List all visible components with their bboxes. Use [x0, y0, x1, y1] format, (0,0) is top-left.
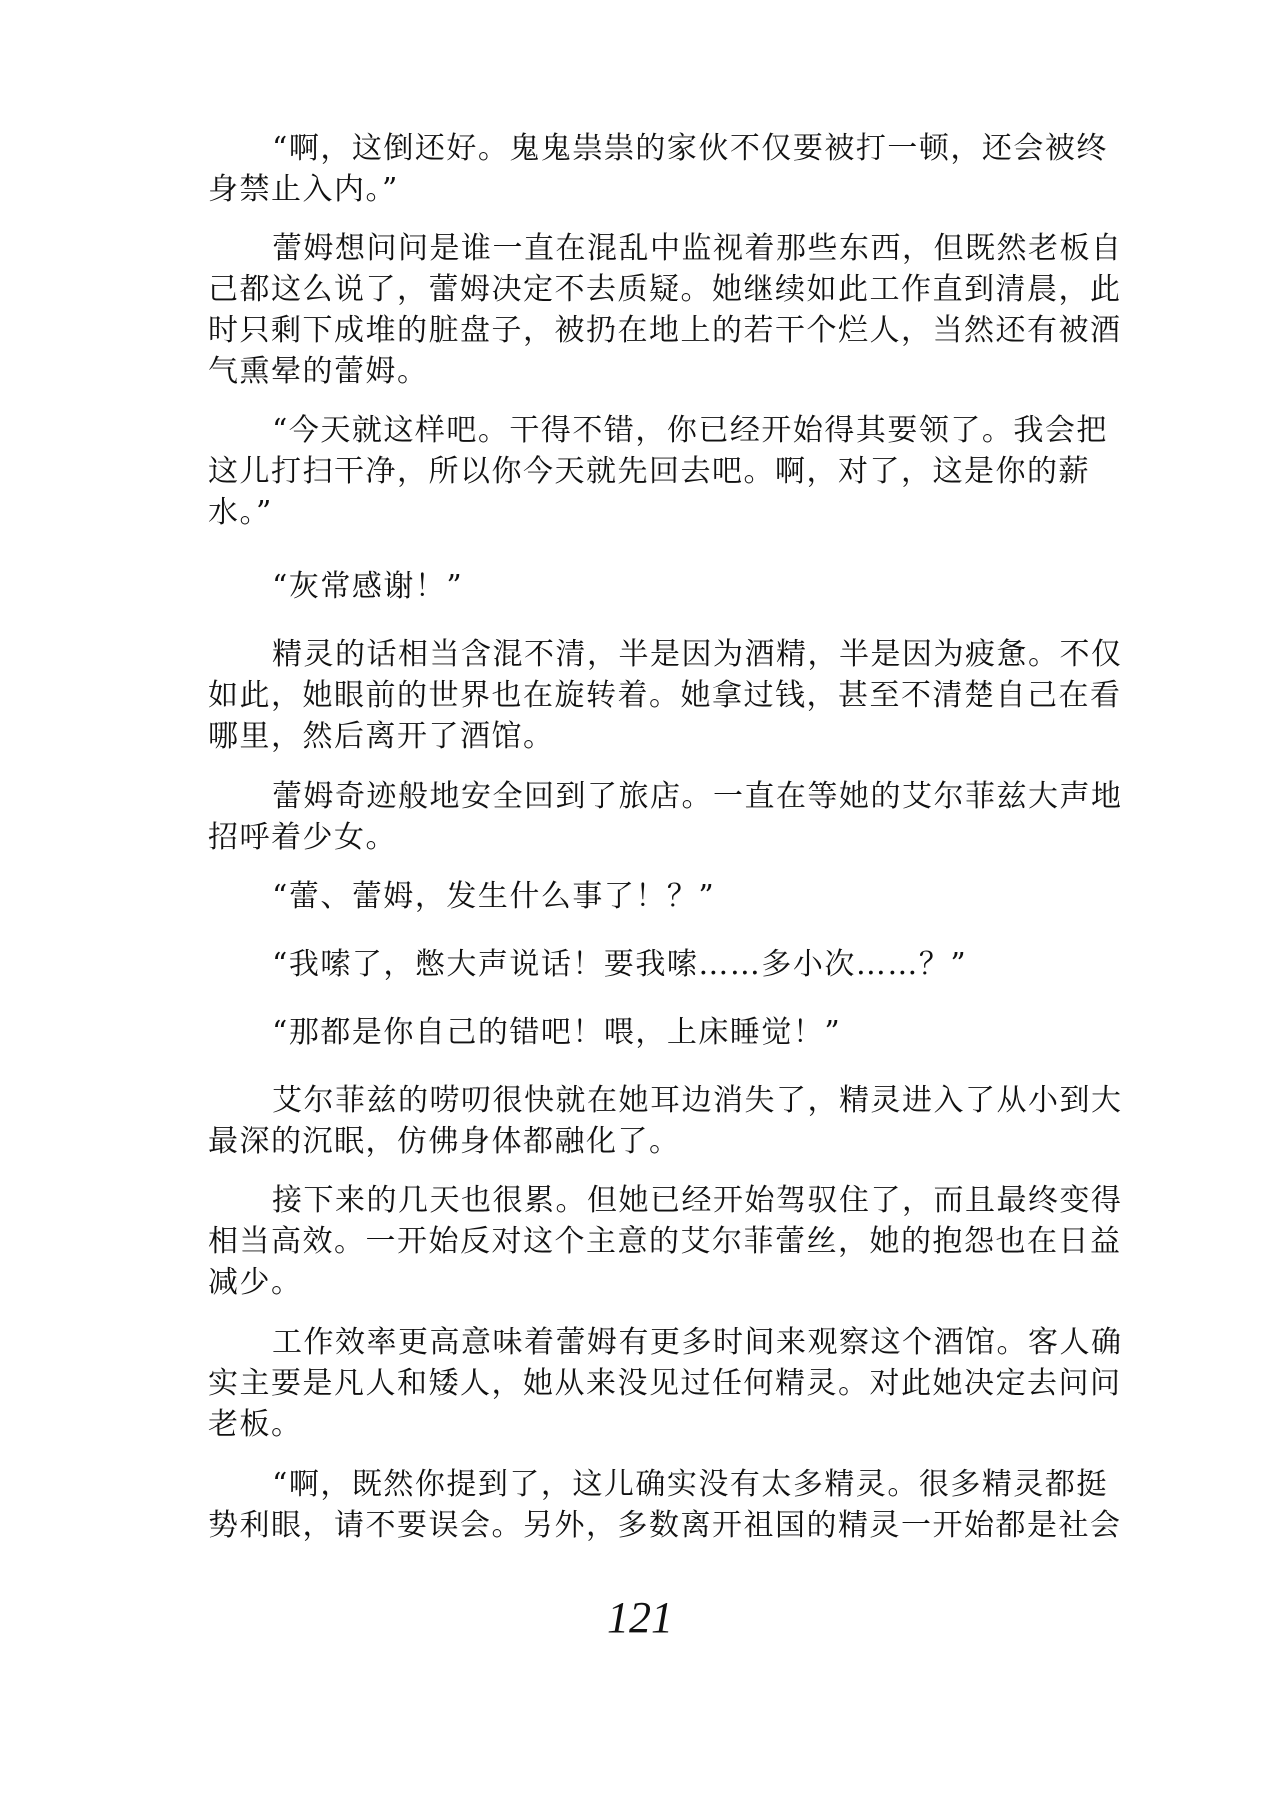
- text-line: “啊，这倒还好。鬼鬼祟祟的家伙不仅要被打一顿，还会被终: [208, 128, 1108, 169]
- paragraph: “我嗦了，憋大声说话！要我嗦……多小次……？”: [208, 944, 967, 985]
- text-line: “灰常感谢！”: [208, 566, 463, 607]
- text-line: 艾尔菲兹的唠叨很快就在她耳边消失了，精灵进入了从小到大: [208, 1080, 1123, 1121]
- text-line: “我嗦了，憋大声说话！要我嗦……多小次……？”: [208, 944, 967, 985]
- text-line: 如此，她眼前的世界也在旋转着。她拿过钱，甚至不清楚自己在看: [208, 675, 1123, 716]
- paragraph: 蕾姆奇迹般地安全回到了旅店。一直在等她的艾尔菲兹大声地 招呼着少女。: [208, 776, 1123, 858]
- text-line: “那都是你自己的错吧！喂，上床睡觉！”: [208, 1012, 841, 1053]
- text-line: 相当高效。一开始反对这个主意的艾尔菲蕾丝，她的抱怨也在日益: [208, 1221, 1123, 1262]
- text-line: 时只剩下成堆的脏盘子，被扔在地上的若干个烂人，当然还有被酒: [208, 310, 1123, 351]
- text-line: 蕾姆奇迹般地安全回到了旅店。一直在等她的艾尔菲兹大声地: [208, 776, 1123, 817]
- text-line: 势利眼，请不要误会。另外，多数离开祖国的精灵一开始都是社会: [208, 1505, 1122, 1546]
- paragraph: 工作效率更高意味着蕾姆有更多时间来观察这个酒馆。客人确 实主要是凡人和矮人，她从…: [208, 1322, 1123, 1445]
- text-line: 精灵的话相当含混不清，半是因为酒精，半是因为疲惫。不仅: [208, 634, 1123, 675]
- text-line: “啊，既然你提到了，这儿确实没有太多精灵。很多精灵都挺: [208, 1464, 1122, 1505]
- paragraph: “灰常感谢！”: [208, 566, 463, 607]
- paragraph: “那都是你自己的错吧！喂，上床睡觉！”: [208, 1012, 841, 1053]
- text-line: 最深的沉眠，仿佛身体都融化了。: [208, 1121, 1123, 1162]
- paragraph: “啊，既然你提到了，这儿确实没有太多精灵。很多精灵都挺 势利眼，请不要误会。另外…: [208, 1464, 1122, 1546]
- page-number: 121: [0, 1592, 1280, 1643]
- text-line: 工作效率更高意味着蕾姆有更多时间来观察这个酒馆。客人确: [208, 1322, 1123, 1363]
- text-line: 实主要是凡人和矮人，她从来没见过任何精灵。对此她决定去问问: [208, 1363, 1123, 1404]
- paragraph: 艾尔菲兹的唠叨很快就在她耳边消失了，精灵进入了从小到大 最深的沉眠，仿佛身体都融…: [208, 1080, 1123, 1162]
- text-line: 身禁止入内。”: [208, 169, 1108, 210]
- document-page: “啊，这倒还好。鬼鬼祟祟的家伙不仅要被打一顿，还会被终 身禁止入内。” 蕾姆想问…: [0, 0, 1280, 1816]
- text-line: “蕾、蕾姆，发生什么事了！？”: [208, 876, 715, 917]
- text-line: 气熏晕的蕾姆。: [208, 351, 1123, 392]
- text-line: 蕾姆想问问是谁一直在混乱中监视着那些东西，但既然老板自: [208, 228, 1123, 269]
- text-line: “今天就这样吧。干得不错，你已经开始得其要领了。我会把: [208, 410, 1108, 451]
- paragraph: 蕾姆想问问是谁一直在混乱中监视着那些东西，但既然老板自 己都这么说了，蕾姆决定不…: [208, 228, 1123, 392]
- text-line: 己都这么说了，蕾姆决定不去质疑。她继续如此工作直到清晨，此: [208, 269, 1123, 310]
- paragraph: “啊，这倒还好。鬼鬼祟祟的家伙不仅要被打一顿，还会被终 身禁止入内。”: [208, 128, 1108, 210]
- paragraph: “蕾、蕾姆，发生什么事了！？”: [208, 876, 715, 917]
- text-line: 这儿打扫干净，所以你今天就先回去吧。啊，对了，这是你的薪: [208, 451, 1108, 492]
- paragraph: “今天就这样吧。干得不错，你已经开始得其要领了。我会把 这儿打扫干净，所以你今天…: [208, 410, 1108, 533]
- paragraph: 接下来的几天也很累。但她已经开始驾驭住了，而且最终变得 相当高效。一开始反对这个…: [208, 1180, 1123, 1303]
- paragraph: 精灵的话相当含混不清，半是因为酒精，半是因为疲惫。不仅 如此，她眼前的世界也在旋…: [208, 634, 1123, 757]
- text-line: 哪里，然后离开了酒馆。: [208, 716, 1123, 757]
- text-line: 老板。: [208, 1404, 1123, 1445]
- text-line: 减少。: [208, 1262, 1123, 1303]
- text-line: 接下来的几天也很累。但她已经开始驾驭住了，而且最终变得: [208, 1180, 1123, 1221]
- text-line: 招呼着少女。: [208, 817, 1123, 858]
- text-line: 水。”: [208, 492, 1108, 533]
